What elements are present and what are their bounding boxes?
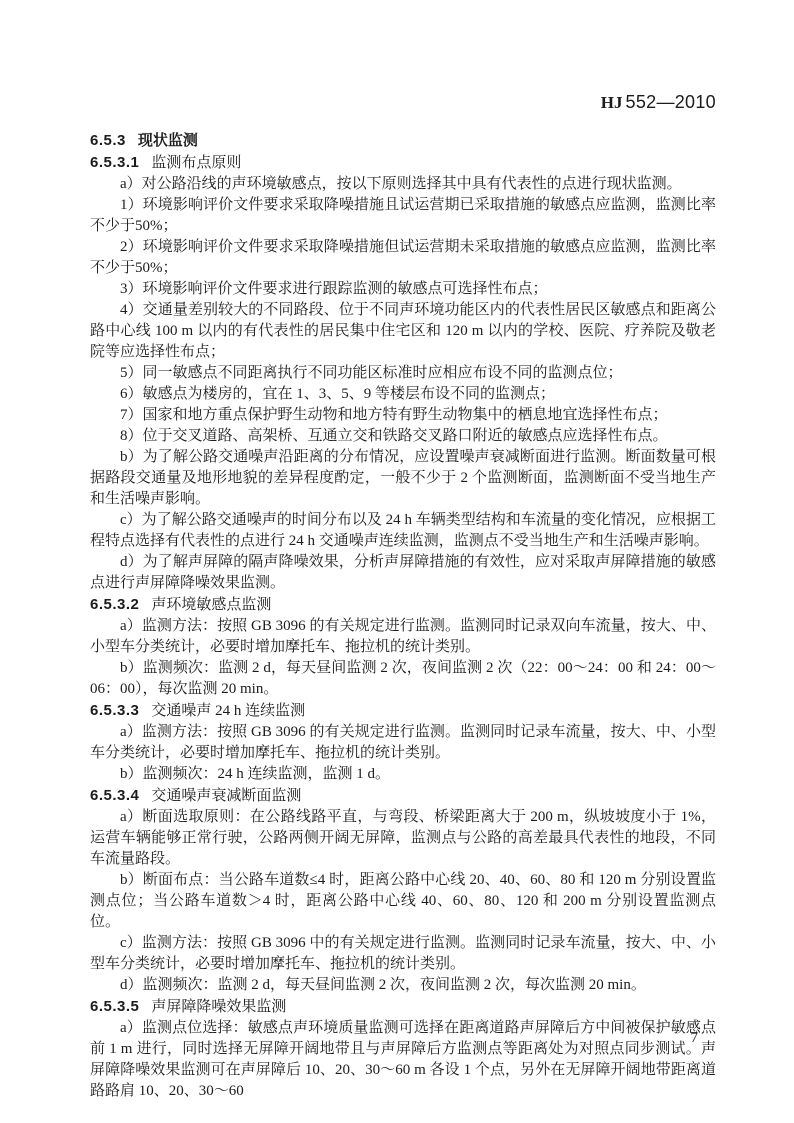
paragraph: 8）位于交叉道路、高架桥、互通立交和铁路交叉路口附近的敏感点应选择性布点。	[90, 426, 716, 447]
paragraph: d）监测频次：监测 2 d，每天昼间监测 2 次，夜间监测 2 次，每次监测 2…	[90, 975, 716, 996]
section-number: 6.5.3.5	[90, 998, 139, 1015]
section-heading-6-5-3: 6.5.3现状监测	[90, 130, 716, 152]
document-page: HJ552—2010 6.5.3现状监测 6.5.3.1监测布点原则 a）对公路…	[0, 0, 794, 1123]
paragraph: b）为了解公路交通噪声沿距离的分布情况，应设置噪声衰减断面进行监测。断面数量可根…	[90, 447, 716, 510]
section-heading-6-5-3-4: 6.5.3.4交通噪声衰减断面监测	[90, 785, 716, 807]
paragraph: 4）交通量差别较大的不同路段、位于不同声环境功能区内的代表性居民区敏感点和距离公…	[90, 300, 716, 363]
section-heading-6-5-3-3: 6.5.3.3交通噪声 24 h 连续监测	[90, 700, 716, 722]
paragraph: a）监测点位选择：敏感点声环境质量监测可选择在距离道路声屏障后方中间被保护敏感点…	[90, 1018, 716, 1102]
paragraph: b）断面布点：当公路车道数≤4 时，距离公路中心线 20、40、60、80 和 …	[90, 870, 716, 933]
section-number: 6.5.3.3	[90, 702, 139, 719]
document-body: 6.5.3现状监测 6.5.3.1监测布点原则 a）对公路沿线的声环境敏感点，按…	[90, 130, 716, 1102]
section-heading-6-5-3-1: 6.5.3.1监测布点原则	[90, 152, 716, 174]
section-number: 6.5.3.1	[90, 154, 139, 171]
paragraph: b）监测频次：24 h 连续监测，监测 1 d。	[90, 764, 716, 785]
section-title: 声环境敏感点监测	[151, 597, 271, 613]
paragraph: 1）环境影响评价文件要求采取降噪措施且试运营期已采取措施的敏感点应监测，监测比率…	[90, 195, 716, 237]
section-title: 声屏障降噪效果监测	[151, 999, 286, 1015]
paragraph: 6）敏感点为楼房的，宜在 1、3、5、9 等楼层布设不同的监测点；	[90, 384, 716, 405]
standard-prefix: HJ	[601, 93, 623, 112]
section-heading-6-5-3-5: 6.5.3.5声屏障降噪效果监测	[90, 996, 716, 1018]
section-title: 交通噪声 24 h 连续监测	[151, 703, 305, 719]
section-heading-6-5-3-2: 6.5.3.2声环境敏感点监测	[90, 594, 716, 616]
section-title: 交通噪声衰减断面监测	[151, 788, 301, 804]
section-number: 6.5.3.2	[90, 596, 139, 613]
section-number: 6.5.3	[90, 132, 126, 149]
paragraph: 7）国家和地方重点保护野生动物和地方特有野生动物集中的栖息地宜选择性布点；	[90, 405, 716, 426]
paragraph: a）监测方法：按照 GB 3096 的有关规定进行监测。监测同时记录车流量，按大…	[90, 722, 716, 764]
paragraph: 5）同一敏感点不同距离执行不同功能区标准时应相应布设不同的监测点位；	[90, 363, 716, 384]
paragraph: b）监测频次：监测 2 d，每天昼间监测 2 次，夜间监测 2 次（22：00～…	[90, 658, 716, 700]
paragraph: c）为了解公路交通噪声的时间分布以及 24 h 车辆类型结构和车流量的变化情况，…	[90, 510, 716, 552]
paragraph: a）对公路沿线的声环境敏感点，按以下原则选择其中具有代表性的点进行现状监测。	[90, 174, 716, 195]
standard-number: 552—2010	[626, 92, 716, 112]
paragraph: c）监测方法：按照 GB 3096 中的有关规定进行监测。监测同时记录车流量，按…	[90, 933, 716, 975]
standard-number-header: HJ552—2010	[601, 92, 716, 113]
section-title: 现状监测	[138, 132, 198, 149]
paragraph: 2）环境影响评价文件要求采取降噪措施但试运营期未采取措施的敏感点应监测，监测比率…	[90, 237, 716, 279]
paragraph: a）监测方法：按照 GB 3096 的有关规定进行监测。监测同时记录双向车流量，…	[90, 616, 716, 658]
paragraph: a）断面选取原则：在公路线路平直，与弯段、桥梁距离大于 200 m，纵坡坡度小于…	[90, 807, 716, 870]
section-title: 监测布点原则	[151, 155, 241, 171]
page-number: 7	[691, 1030, 699, 1047]
section-number: 6.5.3.4	[90, 787, 139, 804]
paragraph: d）为了解声屏障的隔声降噪效果，分析声屏障措施的有效性，应对采取声屏障措施的敏感…	[90, 552, 716, 594]
paragraph: 3）环境影响评价文件要求进行跟踪监测的敏感点可选择性布点；	[90, 279, 716, 300]
